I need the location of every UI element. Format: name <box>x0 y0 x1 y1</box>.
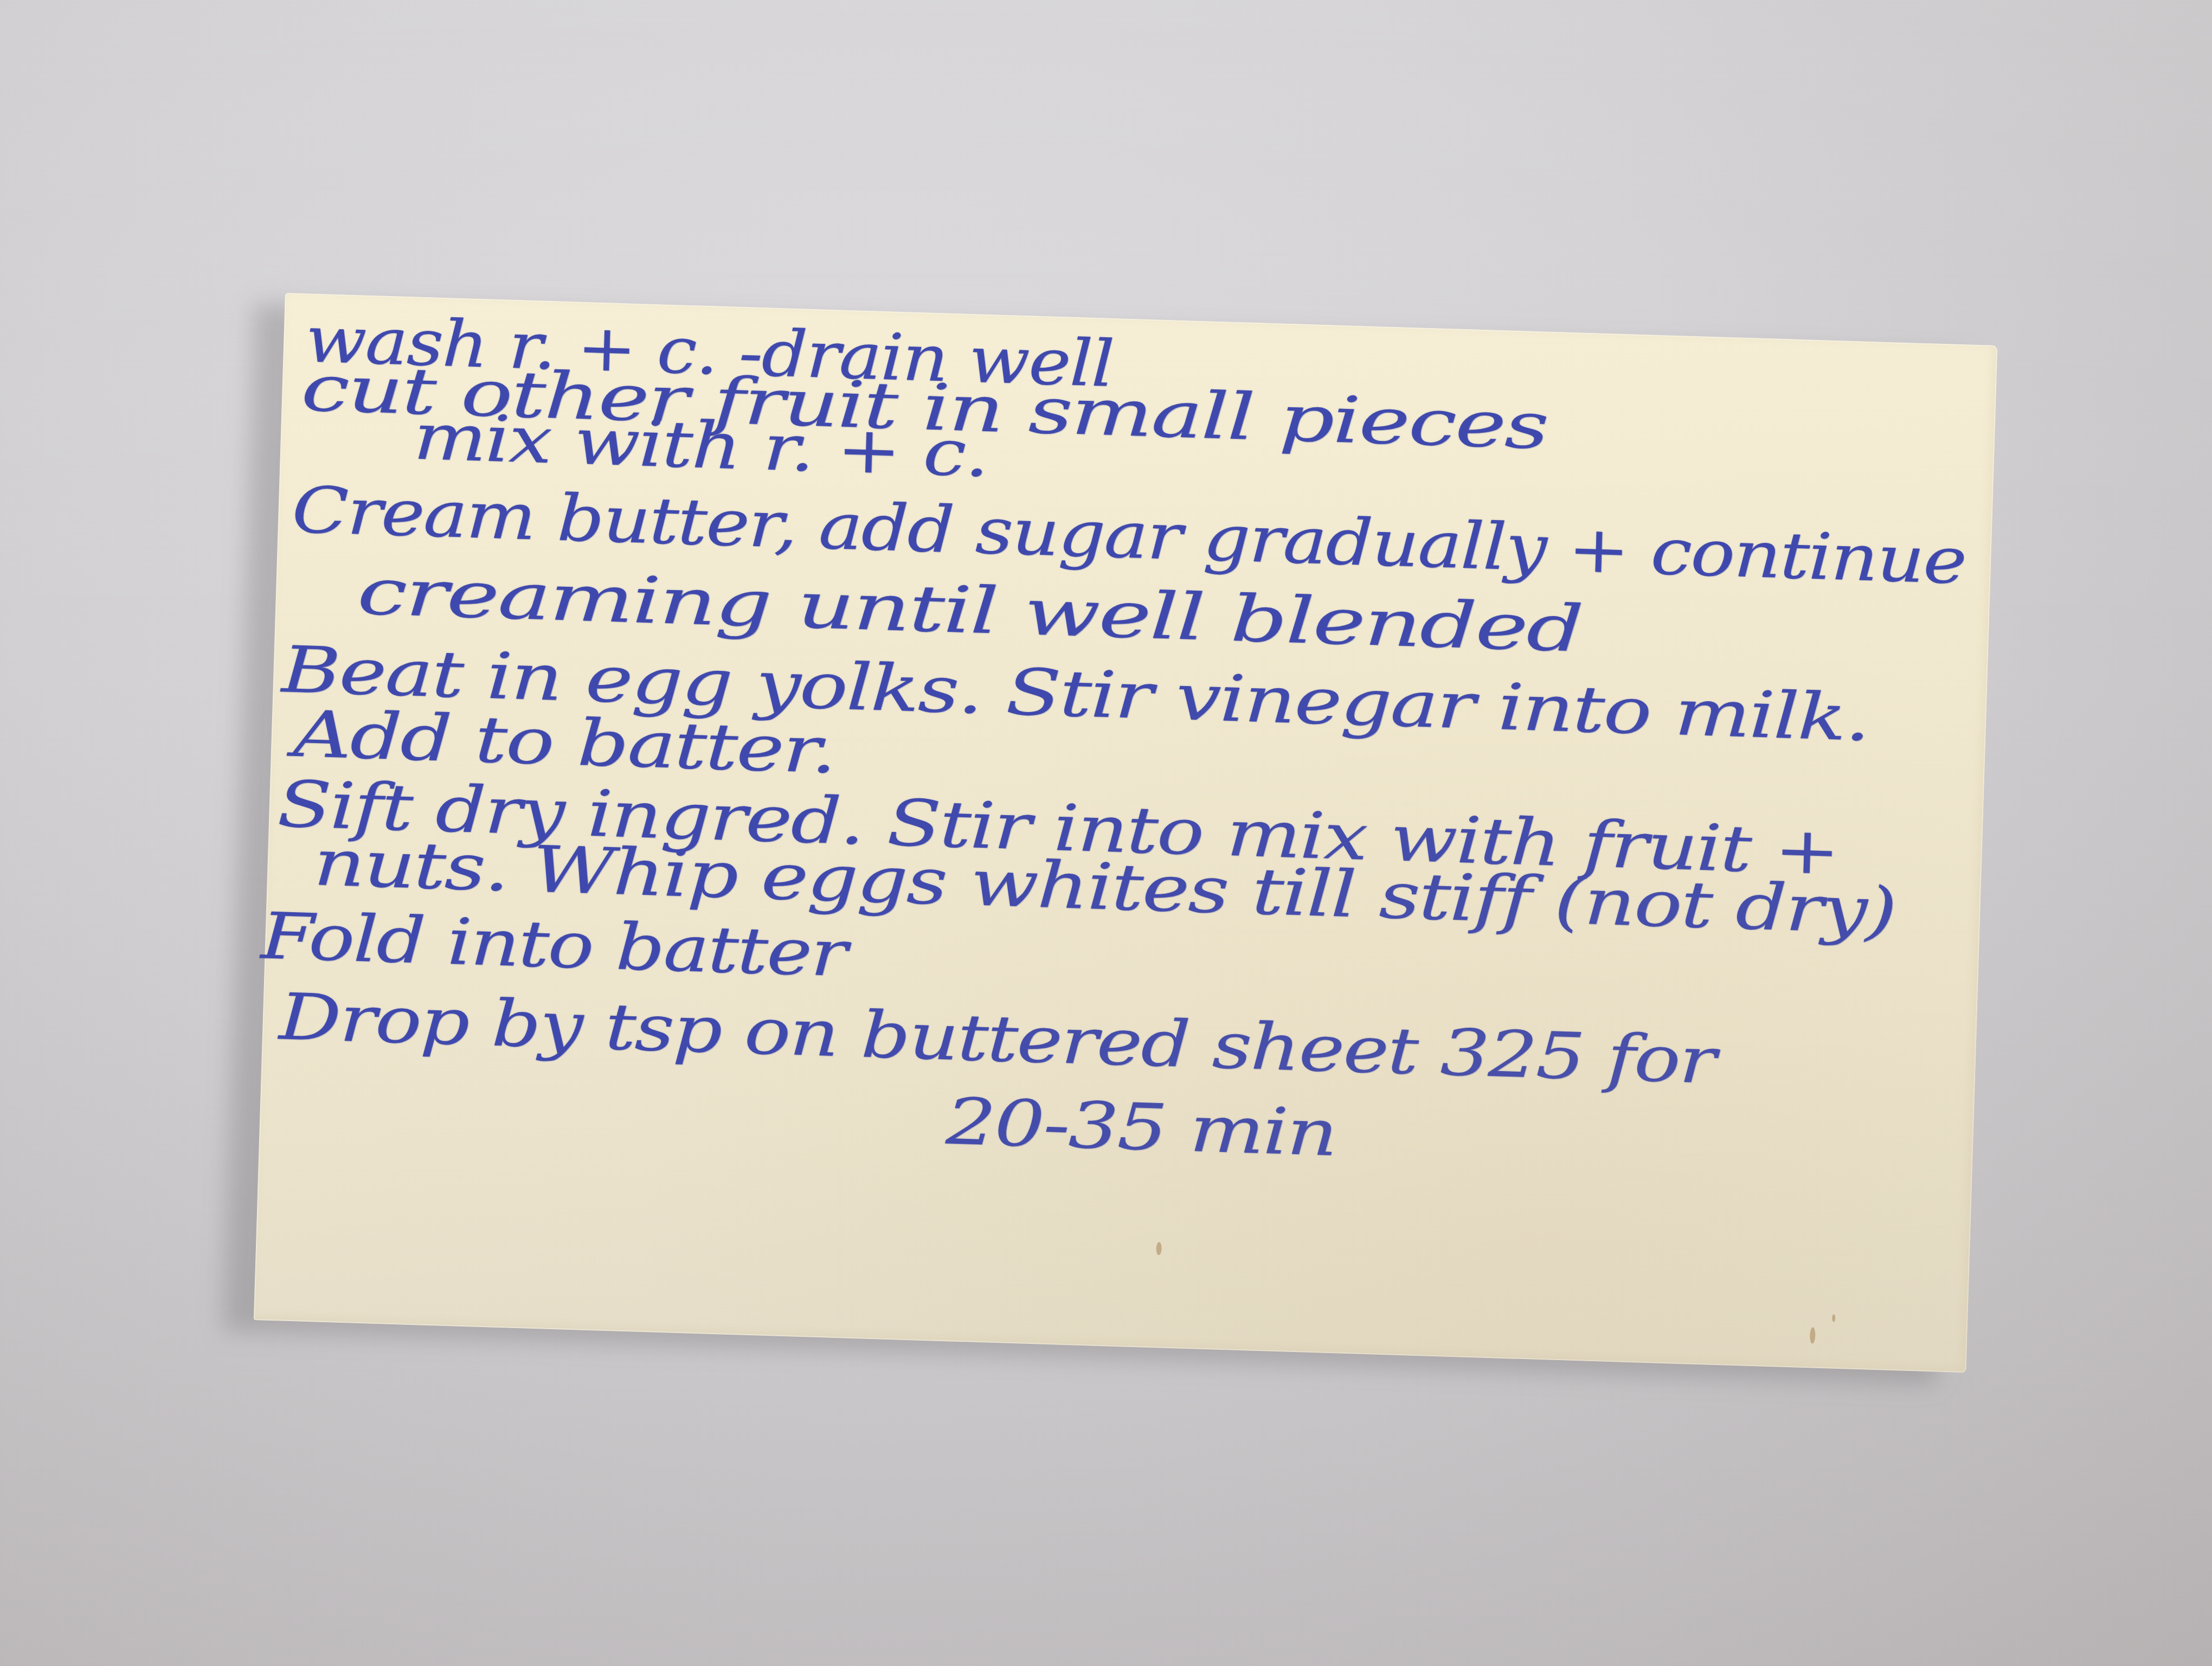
recipe-line-12: 20-35 min <box>945 1089 1338 1165</box>
card-stain <box>1156 1242 1162 1255</box>
recipe-line-3: mix with r. + c. <box>413 404 989 486</box>
recipe-line-10: Fold into batter <box>260 904 847 985</box>
recipe-card: wash r. + c. -drain well cut other fruit… <box>254 293 1998 1373</box>
recipe-line-11: Drop by tsp on buttered sheet 325 for <box>278 984 1716 1092</box>
card-stain <box>1810 1327 1816 1343</box>
card-stain <box>1832 1315 1835 1322</box>
